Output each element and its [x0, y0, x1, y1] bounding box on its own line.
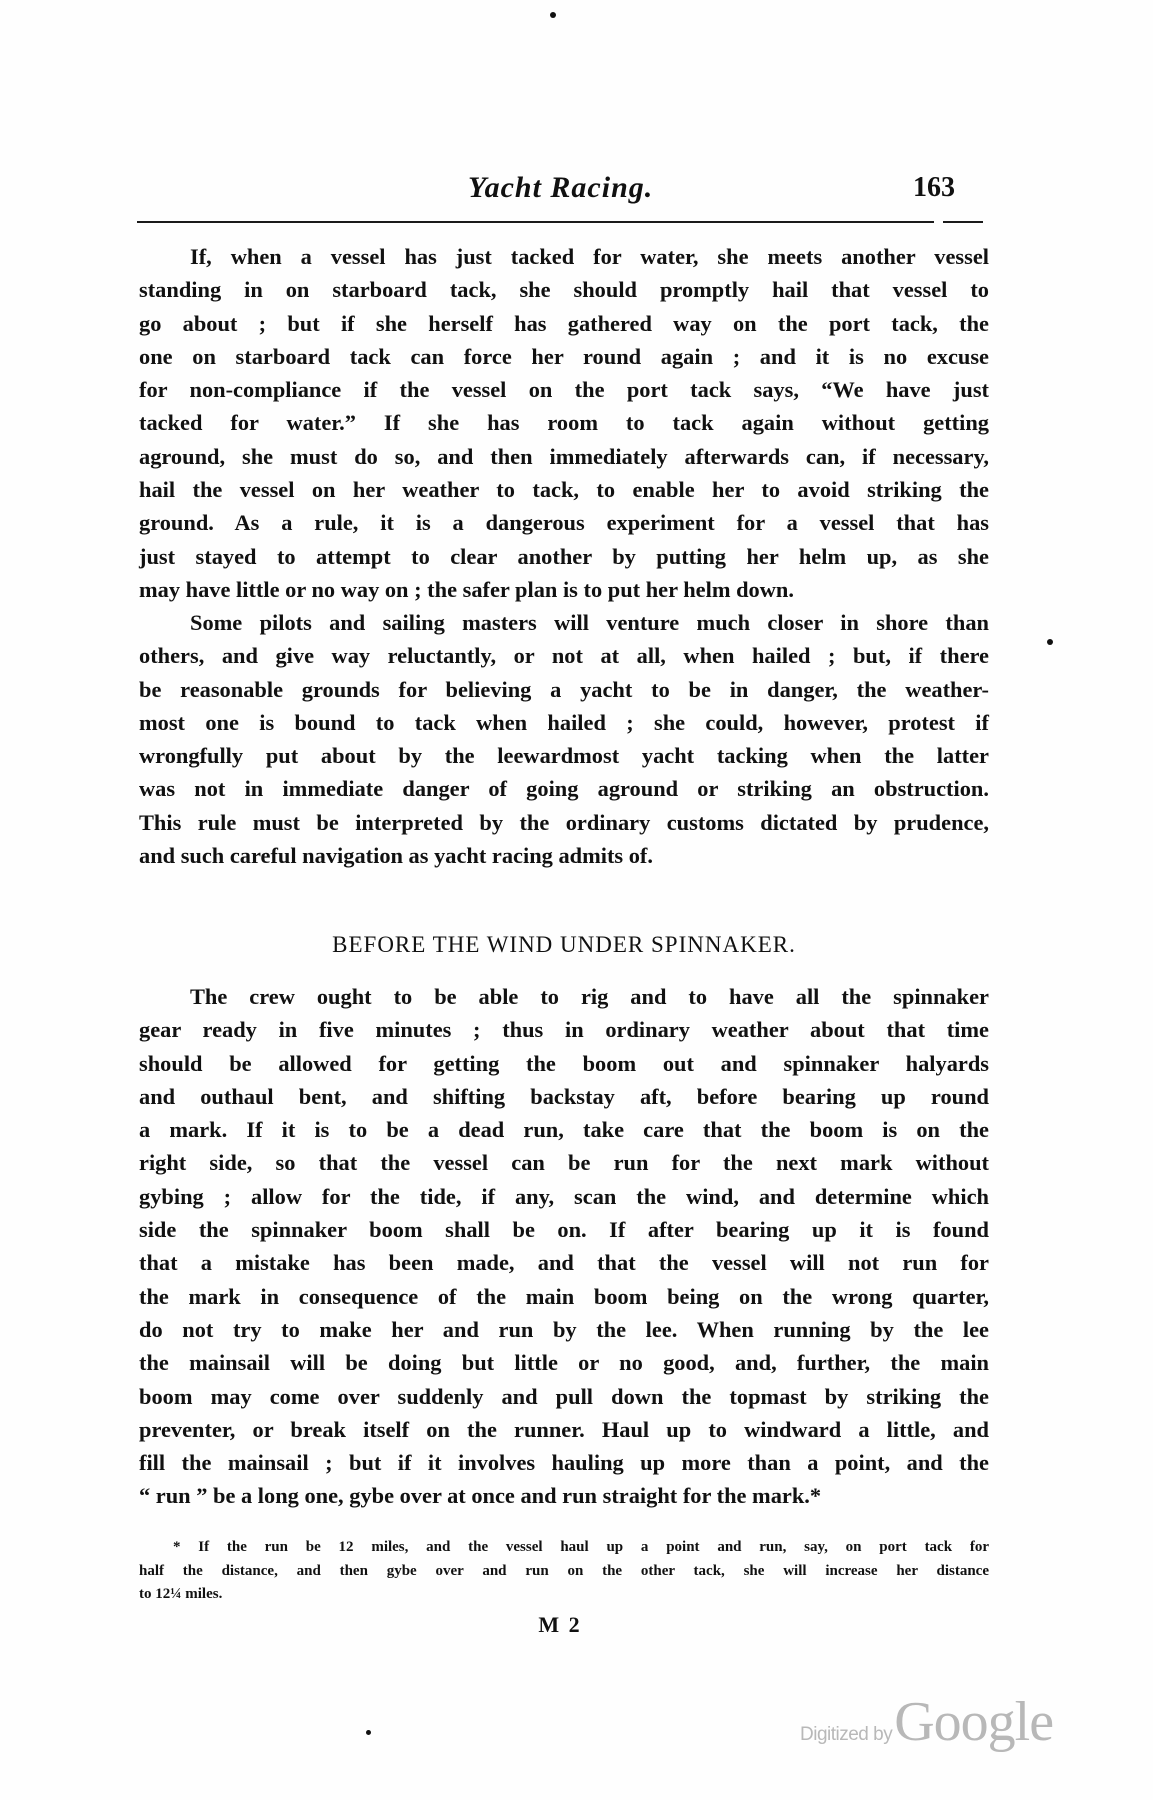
scan-speck-top — [550, 12, 556, 18]
text-line: aground, she must do so, and then immedi… — [139, 440, 989, 473]
text-line: the mark in consequence of the main boom… — [139, 1280, 989, 1313]
signature-mark: M 2 — [520, 1612, 600, 1638]
text-line: and such careful navigation as yacht rac… — [139, 839, 989, 872]
scan-speck-margin — [1047, 639, 1053, 645]
digitized-by-google-watermark: Digitized byGoogle — [800, 1690, 1053, 1760]
paragraph-pilots: Some pilots and sailing masters will ven… — [139, 606, 989, 872]
scan-speck-bottom — [366, 1730, 371, 1735]
text-line: others, and give way reluctantly, or not… — [139, 639, 989, 672]
text-line: hail the vessel on her weather to tack, … — [139, 473, 989, 506]
header-rule-end — [943, 221, 983, 223]
watermark-prefix: Digitized by — [800, 1724, 892, 1745]
text-line: the mainsail will be doing but little or… — [139, 1346, 989, 1379]
footnote-line: * If the run be 12 miles, and the vessel… — [139, 1536, 989, 1560]
text-line: right side, so that the vessel can be ru… — [139, 1146, 989, 1179]
header-rule — [137, 221, 934, 223]
running-header: Yacht Racing. 163 — [137, 166, 983, 210]
text-line: for non-compliance if the vessel on the … — [139, 373, 989, 406]
text-line: may have little or no way on ; the safer… — [139, 573, 989, 606]
text-line: was not in immediate danger of going agr… — [139, 772, 989, 805]
text-line: and outhaul bent, and shifting backstay … — [139, 1080, 989, 1113]
text-line: Some pilots and sailing masters will ven… — [139, 606, 989, 639]
text-line: gear ready in five minutes ; thus in ord… — [139, 1013, 989, 1046]
text-line: be reasonable grounds for believing a ya… — [139, 673, 989, 706]
paragraph-spinnaker: The crew ought to be able to rig and to … — [139, 980, 989, 1513]
footnote: * If the run be 12 miles, and the vessel… — [139, 1536, 989, 1607]
text-line: preventer, or break itself on the runner… — [139, 1413, 989, 1446]
text-line: one on starboard tack can force her roun… — [139, 340, 989, 373]
page-number: 163 — [913, 166, 955, 210]
book-page: Yacht Racing. 163 If, when a vessel has … — [0, 0, 1153, 1800]
text-line: do not try to make her and run by the le… — [139, 1313, 989, 1346]
google-logo-text: Google — [894, 1691, 1053, 1753]
text-line: most one is bound to tack when hailed ; … — [139, 706, 989, 739]
text-line: standing in on starboard tack, she shoul… — [139, 273, 989, 306]
text-line: boom may come over suddenly and pull dow… — [139, 1380, 989, 1413]
section-heading: BEFORE THE WIND UNDER SPINNAKER. — [139, 930, 989, 960]
text-line: wrongfully put about by the leewardmost … — [139, 739, 989, 772]
text-line: just stayed to attempt to clear another … — [139, 540, 989, 573]
text-line: ground. As a rule, it is a dangerous exp… — [139, 506, 989, 539]
text-line: tacked for water.” If she has room to ta… — [139, 406, 989, 439]
footnote-line: half the distance, and then gybe over an… — [139, 1560, 989, 1584]
paragraph-tacking-rule: If, when a vessel has just tacked for wa… — [139, 240, 989, 606]
text-line: The crew ought to be able to rig and to … — [139, 980, 989, 1013]
text-line: that a mistake has been made, and that t… — [139, 1246, 989, 1279]
text-line: a mark. If it is to be a dead run, take … — [139, 1113, 989, 1146]
text-line: If, when a vessel has just tacked for wa… — [139, 240, 989, 273]
text-line: side the spinnaker boom shall be on. If … — [139, 1213, 989, 1246]
text-line: fill the mainsail ; but if it involves h… — [139, 1446, 989, 1479]
running-title: Yacht Racing. — [468, 166, 653, 210]
text-line: “ run ” be a long one, gybe over at once… — [139, 1479, 989, 1512]
text-line: gybing ; allow for the tide, if any, sca… — [139, 1180, 989, 1213]
text-line: go about ; but if she herself has gather… — [139, 307, 989, 340]
footnote-line: to 12¼ miles. — [139, 1583, 989, 1607]
text-line: This rule must be interpreted by the ord… — [139, 806, 989, 839]
text-line: should be allowed for getting the boom o… — [139, 1047, 989, 1080]
